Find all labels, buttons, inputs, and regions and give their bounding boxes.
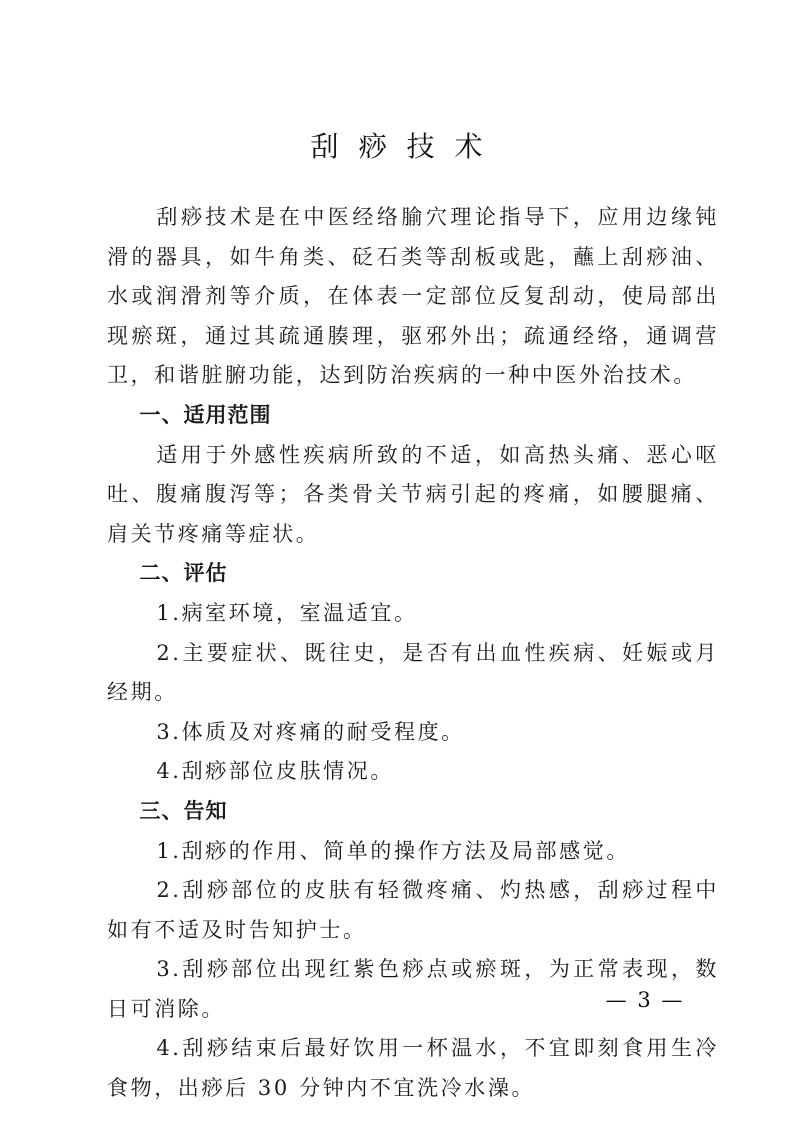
notification-item-1: 1.刮痧的作用、简单的操作方法及局部感觉。: [107, 832, 719, 872]
notification-item-2: 2.刮痧部位的皮肤有轻微疼痛、灼热感，刮痧过程中如有不适及时告知护士。: [107, 871, 719, 950]
document-title: 刮痧技术: [0, 125, 793, 169]
section-heading-notification: 三、告知: [107, 792, 719, 832]
assessment-item-3: 3.体质及对疼痛的耐受程度。: [107, 713, 719, 753]
page-number: — 3 —: [600, 988, 690, 1012]
intro-paragraph: 刮痧技术是在中医经络腧穴理论指导下，应用边缘钝滑的器具，如牛角类、砭石类等刮板或…: [107, 198, 719, 396]
document-page: 刮痧技术 刮痧技术是在中医经络腧穴理论指导下，应用边缘钝滑的器具，如牛角类、砭石…: [0, 0, 793, 1122]
assessment-item-1: 1.病室环境，室温适宜。: [107, 594, 719, 634]
section-heading-scope: 一、适用范围: [107, 396, 719, 436]
notification-item-4: 4.刮痧结束后最好饮用一杯温水，不宜即刻食用生冷食物，出痧后 30 分钟内不宜洗…: [107, 1029, 719, 1108]
assessment-item-2: 2.主要症状、既往史，是否有出血性疾病、妊娠或月经期。: [107, 634, 719, 713]
section-heading-assessment: 二、评估: [107, 554, 719, 594]
scope-paragraph: 适用于外感性疾病所致的不适，如高热头痛、恶心呕吐、腹痛腹泻等；各类骨关节病引起的…: [107, 436, 719, 555]
document-body: 刮痧技术是在中医经络腧穴理论指导下，应用边缘钝滑的器具，如牛角类、砭石类等刮板或…: [107, 198, 719, 1109]
assessment-item-4: 4.刮痧部位皮肤情况。: [107, 752, 719, 792]
